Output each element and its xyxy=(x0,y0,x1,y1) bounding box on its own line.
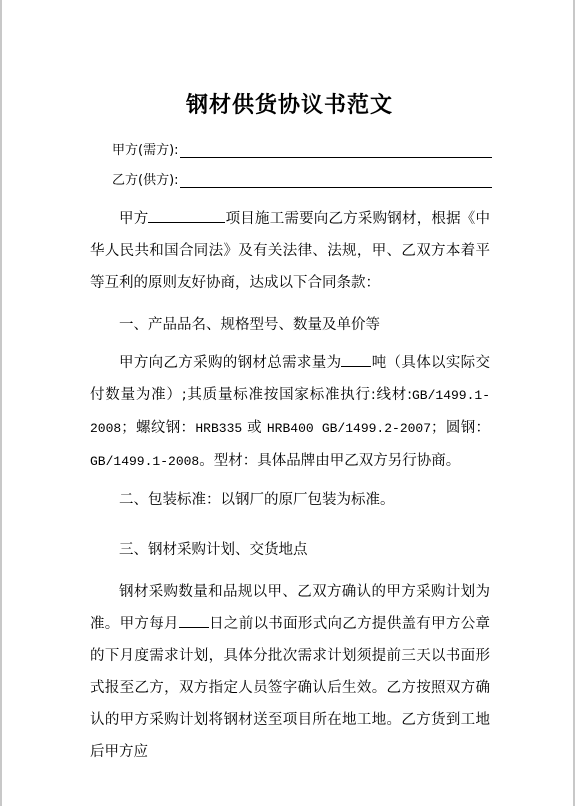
intro-paragraph: 甲方项目施工需要向乙方采购钢材，根据《中华人民共和国合同法》及有关法律、法规，甲… xyxy=(90,203,490,299)
intro-text: 项目施工需要向乙方采购钢材，根据《中华人民共和国合同法》及有关法律、法规，甲、乙… xyxy=(90,211,490,291)
section-3-heading: 三、钢材采购计划、交货地点 xyxy=(119,540,308,560)
section-1-body: 甲方向乙方采购的钢材总需求量为吨（具体以实际交付数量为准）;其质量标准按国家标准… xyxy=(90,347,490,478)
party-b-blank-line xyxy=(180,174,492,188)
section-2-heading: 二、包装标准：以钢厂的原厂包装为标准。 xyxy=(119,490,395,510)
section-1-text: 甲方向乙方采购的钢材总需求量为 xyxy=(119,355,341,371)
section-3-text: 日之前以书面形式向乙方提供盖有甲方公章的下月度需求计划，具体分批次需求计划须提前… xyxy=(90,616,490,760)
section-3-body: 钢材采购数量和品规以甲、乙双方确认的甲方采购计划为准。甲方每月日之前以书面形式向… xyxy=(90,576,490,768)
day-blank xyxy=(179,613,209,628)
document-title: 钢材供货协议书范文 xyxy=(2,88,575,119)
steel-grade: HRB335 xyxy=(195,421,242,436)
steel-grade: HRB400 xyxy=(267,421,314,436)
party-b-field: 乙方(供方): xyxy=(112,170,492,188)
section-1-text: ；圆钢： xyxy=(431,420,490,436)
tonnage-blank xyxy=(341,352,371,367)
party-a-field: 甲方(需方): xyxy=(112,140,492,158)
party-b-label: 乙方(供方): xyxy=(112,169,179,188)
standard-code: GB/1499.2-2007 xyxy=(314,421,431,436)
section-1-text: ；螺纹钢： xyxy=(121,420,195,436)
section-1-text: 。型材：具体品牌由甲乙双方另行协商。 xyxy=(199,453,460,469)
standard-code: GB/1499.1-2008 xyxy=(90,454,199,469)
section-1-heading: 一、产品品名、规格型号、数量及单价等 xyxy=(119,315,380,335)
party-a-blank-line xyxy=(180,144,492,158)
party-a-label: 甲方(需方): xyxy=(112,139,179,158)
document-page: 钢材供货协议书范文 甲方(需方): 乙方(供方): 甲方项目施工需要向乙方采购钢… xyxy=(0,0,575,806)
project-name-blank xyxy=(148,208,225,223)
section-1-text: 或 xyxy=(242,420,267,436)
intro-prefix: 甲方 xyxy=(119,211,148,227)
